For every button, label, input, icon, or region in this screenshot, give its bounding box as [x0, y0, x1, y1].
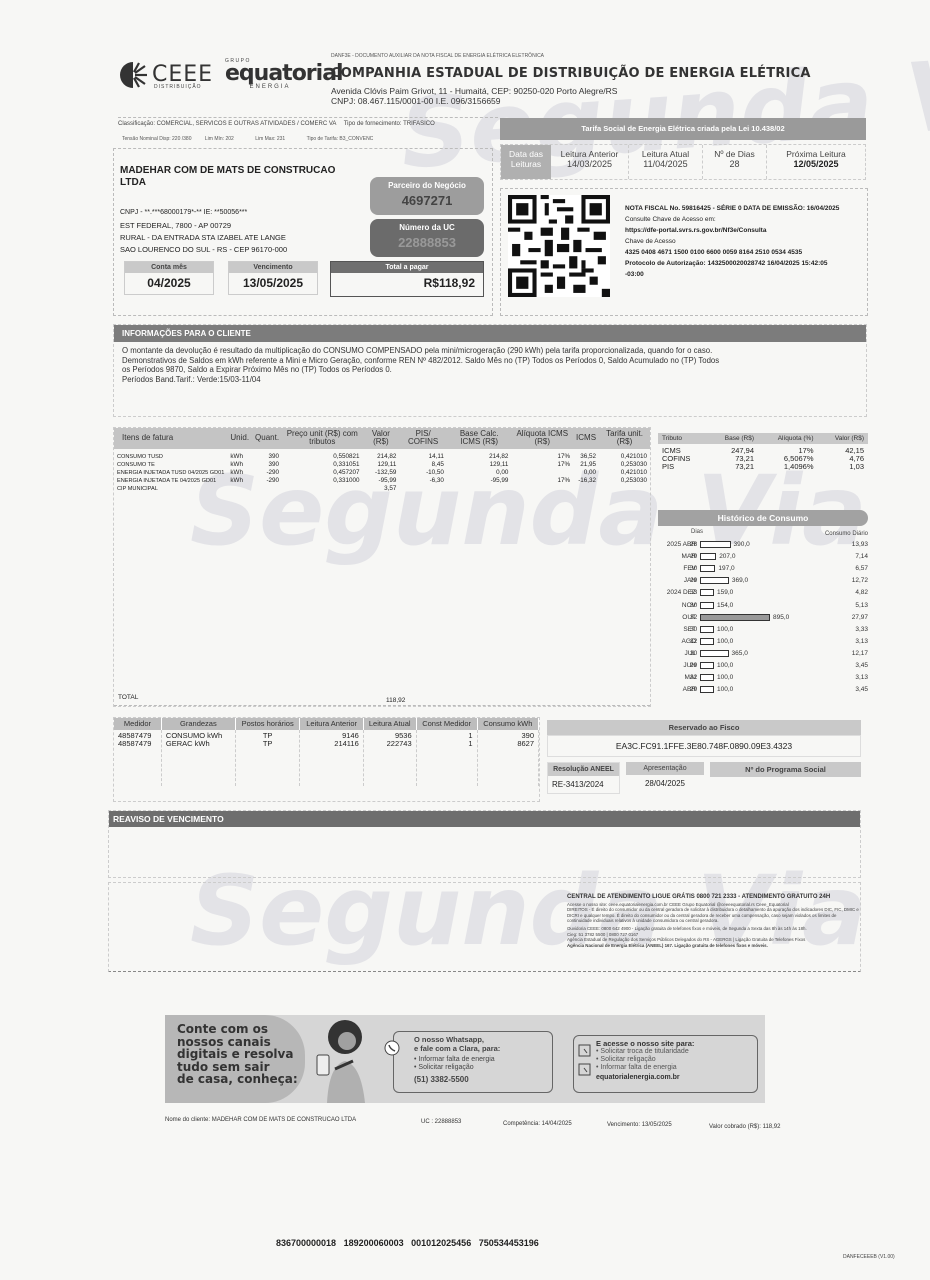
medidor-table: MedidorGrandezasPostos horáriosLeitura A… — [114, 718, 539, 786]
tensao: Tensão Nominal Disp: 220 /380 — [122, 136, 192, 142]
items-row: CIP MUNICIPAL3,57 — [114, 485, 650, 493]
historico-dias: 29 — [690, 576, 697, 585]
items-cell — [252, 485, 282, 493]
items-header-9: Tarifa unit. (R$) — [599, 428, 650, 449]
central-line-6: Agência Nacional de Energia Elétrica (AN… — [567, 943, 859, 949]
banner-headline: Conte com osnossos canaisdigitais e reso… — [165, 1015, 305, 1103]
whatsapp-box: O nosso Whatsapp, e fale com a Clara, pa… — [393, 1031, 553, 1093]
total-label: Total a pagar — [331, 262, 483, 273]
items-cell — [227, 485, 252, 493]
nota-fiscal-title: NOTA FISCAL No. 59816425 - SÉRIE 0 DATA … — [625, 203, 839, 214]
historico-bar — [700, 662, 714, 669]
resolucao-value: RE-3413/2024 — [548, 776, 619, 793]
items-cell: -95,99 — [362, 477, 399, 485]
items-cell: 0,421010 — [599, 469, 650, 477]
historico-bar — [700, 553, 716, 560]
historico-dias: 29 — [690, 552, 697, 561]
whatsapp-item: • Solicitar religação — [414, 1064, 552, 1072]
items-cell: kWh — [227, 449, 252, 461]
proxima-leitura-label: Próxima Leitura — [767, 149, 865, 159]
ceee-logo: CEEE DISTRIBUIÇÃO — [118, 60, 206, 90]
info-cliente-section: INFORMAÇÕES PARA O CLIENTE O montante da… — [113, 324, 867, 417]
whatsapp-title-1: O nosso Whatsapp, — [414, 1035, 552, 1044]
historico-bar — [700, 650, 729, 657]
tipo-fornecimento: Tipo de fornecimento: TRIFASICO — [344, 121, 435, 127]
historico-row: MAI32100,03,13 — [658, 673, 868, 682]
conta-mes-label: Conta mês — [125, 262, 213, 273]
historico-diario: 6,57 — [855, 564, 868, 573]
stub-vencimento: Vencimento: 13/05/2025 — [607, 1122, 672, 1128]
computer-touch-icon — [578, 1044, 592, 1080]
medidor-header-6: Consumo kWh — [477, 718, 538, 730]
historico-bar — [700, 565, 715, 572]
parceiro-box: Parceiro do Negócio 4697271 — [370, 177, 484, 215]
site-box: E acesse o nosso site para: • Solicitar … — [573, 1035, 758, 1093]
historico-row: SET30100,03,33 — [658, 625, 868, 634]
historico-kwh: 207,0 — [719, 552, 735, 561]
items-cell: -16,32 — [573, 477, 599, 485]
apresentacao-box: Apresentação 28/04/2025 — [626, 762, 704, 794]
classificacao: Classificação: COMERCIAL, SERVICOS E OUT… — [118, 121, 336, 127]
reaviso-title: REAVISO DE VENCIMENTO — [109, 811, 860, 827]
tributo-header-0: Tributo — [658, 433, 707, 444]
historico-kwh: 100,0 — [717, 673, 733, 682]
classification-row: Classificação: COMERCIAL, SERVICOS E OUT… — [118, 117, 498, 127]
medidor-header-4: Leitura Atual — [363, 718, 416, 730]
items-header-4: Valor (R$) — [362, 428, 399, 449]
medidor-value: 222743 — [368, 740, 412, 748]
items-row: CONSUMO TUSDkWh3900,550821214,8214,11214… — [114, 449, 650, 461]
items-cell: 17% — [511, 449, 573, 461]
leituras-row: Data das Leituras Leitura Anterior 14/03… — [500, 144, 866, 180]
apresentacao-value: 28/04/2025 — [626, 775, 704, 792]
tributo-header-2: Alíquota (%) — [758, 433, 817, 444]
items-cell: 214,82 — [447, 449, 512, 461]
historico-dias: 30 — [690, 625, 697, 634]
historico-section: Histórico de Consumo Dias Consumo Diário… — [658, 510, 868, 705]
clara-illustration-icon — [315, 1017, 375, 1103]
historico-row: 2025 ABR28390,013,93 — [658, 540, 868, 549]
historico-dias: 29 — [690, 685, 697, 694]
proxima-leitura: Próxima Leitura 12/05/2025 — [767, 145, 865, 179]
tributos-table: TributoBase (R$)Alíquota (%)Valor (R$) I… — [658, 433, 868, 471]
historico-diario: 4,82 — [855, 588, 868, 597]
historico-kwh: 100,0 — [717, 685, 733, 694]
medidor-cell: 3908627 — [477, 730, 538, 786]
items-header-3: Preço unit (R$) com tributos — [282, 428, 362, 449]
items-cell: 0,331051 — [282, 461, 362, 469]
fisco-bottom-row: Resolução ANEEL RE-3413/2024 Apresentaçã… — [547, 762, 861, 794]
historico-row: NOV30154,05,13 — [658, 601, 868, 610]
fisco-title: Reservado ao Fisco — [547, 720, 861, 735]
items-cell: CIP MUNICIPAL — [114, 485, 227, 493]
items-cell: 0,331000 — [282, 477, 362, 485]
consulte-label: Consulte Chave de Acesso em: — [625, 214, 839, 225]
chave-label: Chave de Acesso — [625, 236, 839, 247]
historico-bar — [700, 541, 731, 548]
leitura-anterior-value: 14/03/2025 — [551, 159, 628, 169]
items-header-8: ICMS — [573, 428, 599, 449]
programa-social-box: Nº do Programa Social — [710, 762, 861, 794]
items-cell: CONSUMO TE — [114, 461, 227, 469]
historico-row: OUT32895,027,97 — [658, 613, 868, 622]
central-line-2: DIREITOS - É direito do consumidor ou da… — [567, 907, 859, 924]
historico-row: ABR29100,03,45 — [658, 685, 868, 694]
banner-headline-line: digitais e resolva — [177, 1048, 305, 1061]
historico-dias: 33 — [690, 588, 697, 597]
items-cell: 129,11 — [447, 461, 512, 469]
site-item: • Solicitar religação — [596, 1056, 757, 1064]
vencimento-box: Vencimento 13/05/2025 — [228, 261, 318, 295]
parceiro-value: 4697271 — [370, 193, 484, 208]
items-cell: ENERGIA INJETADA TUSD 04/2025 GD01 — [114, 469, 227, 477]
items-table: Itens de faturaUnid.Quant.Preço unit (R$… — [114, 428, 650, 493]
items-cell — [399, 485, 447, 493]
historico-bar — [700, 626, 714, 633]
nota-fiscal-info: NOTA FISCAL No. 59816425 - SÉRIE 0 DATA … — [625, 203, 839, 280]
items-total-row: TOTAL 118,92 — [114, 694, 650, 706]
version-label: DANFECEEEB (V1.00) — [843, 1254, 895, 1260]
total-row-value: 118,92 — [386, 697, 405, 704]
historico-diario: 3,13 — [855, 637, 868, 646]
items-header-7: Alíquota ICMS (R$) — [511, 428, 573, 449]
items-cell: 36,52 — [573, 449, 599, 461]
total-box: Total a pagar R$118,92 — [330, 261, 484, 297]
medidor-cell: 9536222743 — [363, 730, 416, 786]
medidor-header-0: Medidor — [114, 718, 161, 730]
items-cell: 214,82 — [362, 449, 399, 461]
site-item: • Solicitar troca de titularidade — [596, 1048, 757, 1056]
equatorial-wordmark: equatorial — [225, 64, 315, 84]
historico-dias: 30 — [690, 649, 697, 658]
tributo-header-3: Valor (R$) — [818, 433, 869, 444]
total-value: R$118,92 — [331, 276, 483, 290]
leitura-anterior-label: Leitura Anterior — [551, 149, 628, 159]
customer-address-2: RURAL - DA ENTRADA STA IZABEL ATE LANGE — [120, 233, 286, 242]
items-cell: 21,95 — [573, 461, 599, 469]
items-cell: 0,421010 — [599, 449, 650, 461]
items-row: ENERGIA INJETADA TUSD 04/2025 GD01kWh-29… — [114, 469, 650, 477]
historico-kwh: 159,0 — [717, 588, 733, 597]
items-cell: kWh — [227, 477, 252, 485]
company-address: Avenida Clóvis Paim Grivot, 11 - Humaitá… — [331, 86, 617, 96]
items-cell — [447, 485, 512, 493]
historico-bar — [700, 589, 714, 596]
medidor-cell: TPTP — [235, 730, 300, 786]
items-header-1: Unid. — [227, 428, 252, 449]
items-cell: 0,550821 — [282, 449, 362, 461]
historico-bar — [700, 614, 770, 621]
programa-social-value — [710, 777, 861, 785]
historico-dias: 32 — [690, 613, 697, 622]
ceee-sun-icon — [118, 60, 148, 90]
items-row: CONSUMO TEkWh3900,331051129,118,45129,11… — [114, 461, 650, 469]
items-cell: 8,45 — [399, 461, 447, 469]
leituras-label: Data das Leituras — [501, 145, 551, 179]
items-cell — [573, 485, 599, 493]
customer-cnpj: CNPJ - **.***68000179*-** IE: **50056*** — [120, 209, 247, 216]
central-title: CENTRAL DE ATENDIMENTO LIGUE GRÁTIS 0800… — [567, 895, 859, 901]
medidor-header-5: Const Medidor — [416, 718, 477, 730]
protocolo-tz: -03:00 — [625, 269, 839, 280]
tarifa-social-banner: Tarifa Social de Energia Elétrica criada… — [500, 118, 866, 140]
historico-diario: 3,45 — [855, 661, 868, 670]
items-cell: kWh — [227, 469, 252, 477]
historico-kwh: 100,0 — [717, 637, 733, 646]
historico-bar — [700, 686, 714, 693]
medidor-cell: 11 — [416, 730, 477, 786]
items-cell: ENERGIA INJETADA TE 04/2025 GD01 — [114, 477, 227, 485]
items-cell — [511, 469, 573, 477]
historico-bar — [700, 602, 714, 609]
historico-title: Histórico de Consumo — [658, 510, 868, 526]
medidor-value: 8627 — [482, 740, 534, 748]
uc-label: Número da UC — [370, 223, 484, 232]
digital-channels-banner: Conte com osnossos canaisdigitais e reso… — [165, 1015, 765, 1103]
site-title: E acesse o nosso site para: — [596, 1039, 757, 1048]
items-cell: -290 — [252, 477, 282, 485]
medidor-value: 1 — [421, 732, 473, 740]
historico-kwh: 895,0 — [773, 613, 789, 622]
items-cell: CONSUMO TUSD — [114, 449, 227, 461]
historico-row: AGO32100,03,13 — [658, 637, 868, 646]
dias-label: Dias — [691, 529, 703, 535]
historico-dias: 30 — [690, 601, 697, 610]
items-cell: 3,57 — [362, 485, 399, 493]
historico-kwh: 100,0 — [717, 661, 733, 670]
items-cell: 14,11 — [399, 449, 447, 461]
items-header-5: PIS/ COFINS — [399, 428, 447, 449]
consulta-url[interactable]: https://dfe-portal.svrs.rs.gov.br/Nf3e/C… — [625, 225, 839, 236]
stub-competencia: Competência: 14/04/2025 — [503, 1121, 572, 1127]
medidor-value: GERAC kWh — [166, 740, 231, 748]
proxima-leitura-value: 12/05/2025 — [767, 159, 865, 169]
historico-diario: 3,13 — [855, 673, 868, 682]
leitura-atual: Leitura Atual 11/04/2025 — [629, 145, 703, 179]
items-header-6: Base Calc. ICMS (R$) — [447, 428, 512, 449]
tensao-row: Tensão Nominal Disp: 220 /380 Lim Mín: 2… — [122, 136, 502, 142]
items-cell: kWh — [227, 461, 252, 469]
items-cell: 0,253030 — [599, 461, 650, 469]
tributo-cell: 73,21 — [707, 463, 758, 471]
stub-valor: Valor cobrado (R$): 118,92 — [709, 1124, 780, 1130]
items-cell: 17% — [511, 477, 573, 485]
medidor-cell: CONSUMO kWhGERAC kWh — [161, 730, 235, 786]
tributo-row: COFINS73,216,5067%4,76 — [658, 455, 868, 463]
uc-box: Número da UC 22888853 — [370, 219, 484, 257]
customer-address-3: SAO LOURENCO DO SUL - RS - CEP 96170-000 — [120, 245, 287, 254]
customer-name: MADEHAR COM DE MATS DE CONSTRUCAO LTDA — [120, 165, 360, 189]
whatsapp-item: • Informar falta de energia — [414, 1056, 552, 1064]
parceiro-label: Parceiro do Negócio — [370, 181, 484, 190]
items-cell: -6,30 — [399, 477, 447, 485]
company-name: COMPANHIA ESTADUAL DE DISTRIBUIÇÃO DE EN… — [331, 66, 811, 81]
medidor-header-2: Postos horários — [235, 718, 300, 730]
medidor-value: TP — [240, 740, 296, 748]
historico-diario: 12,72 — [852, 576, 868, 585]
programa-social-label: Nº do Programa Social — [710, 762, 861, 777]
customer-box: MADEHAR COM DE MATS DE CONSTRUCAO LTDA C… — [113, 148, 493, 316]
historico-bar — [700, 577, 729, 584]
items-cell: 129,11 — [362, 461, 399, 469]
items-cell — [599, 485, 650, 493]
historico-diario: 3,45 — [855, 685, 868, 694]
total-row-label: TOTAL — [118, 694, 138, 701]
items-row: ENERGIA INJETADA TE 04/2025 GD01kWh-2900… — [114, 477, 650, 485]
info-cliente-title: INFORMAÇÕES PARA O CLIENTE — [114, 325, 866, 342]
historico-row: JAN29369,012,72 — [658, 576, 868, 585]
lim-max: Lim Max: 231 — [255, 136, 285, 142]
lim-min: Lim Mín: 202 — [205, 136, 234, 142]
medidor-cell: 9146214116 — [300, 730, 363, 786]
banner-headline-line: de casa, conheça: — [177, 1073, 305, 1086]
tributo-cell: 1,03 — [818, 463, 869, 471]
nota-fiscal-box: NOTA FISCAL No. 59816425 - SÉRIE 0 DATA … — [500, 188, 868, 316]
historico-dias: 32 — [690, 637, 697, 646]
danfe-label: DANF3E - DOCUMENTO AUXILIAR DA NOTA FISC… — [331, 53, 544, 59]
historico-dias: 28 — [690, 540, 697, 549]
medidor-value: 48587479 — [118, 740, 157, 748]
historico-bar — [700, 638, 714, 645]
historico-kwh: 154,0 — [717, 601, 733, 610]
conta-mes-box: Conta mês 04/2025 — [124, 261, 214, 295]
historico-diario: 5,13 — [855, 601, 868, 610]
central-section: CENTRAL DE ATENDIMENTO LIGUE GRÁTIS 0800… — [108, 882, 861, 972]
vencimento-label: Vencimento — [229, 262, 317, 273]
fisco-section: Reservado ao Fisco EA3C.FC91.1FFE.3E80.7… — [547, 720, 861, 794]
ceee-sub: DISTRIBUIÇÃO — [154, 84, 202, 90]
items-cell: 0,00 — [573, 469, 599, 477]
historico-kwh: 369,0 — [732, 576, 748, 585]
chave-acesso: 4325 0408 4671 1500 0100 6600 0059 8164 … — [625, 247, 839, 258]
historico-diario: 27,97 — [852, 613, 868, 622]
historico-diario: 12,17 — [852, 649, 868, 658]
info-line-1: O montante da devolução é resultado da m… — [122, 346, 858, 356]
tipo-tarifa: Tipo de Tarifa: B3_CONVENC — [307, 136, 374, 142]
info-cliente-text: O montante da devolução é resultado da m… — [114, 342, 866, 388]
resolucao-box: Resolução ANEEL RE-3413/2024 — [547, 762, 620, 794]
stub-uc: UC : 22888853 — [421, 1119, 461, 1125]
historico-kwh: 197,0 — [718, 564, 734, 573]
items-cell: -132,59 — [362, 469, 399, 477]
stub-cliente: Nome do cliente: MADEHAR COM DE MATS DE … — [165, 1117, 356, 1123]
whatsapp-icon — [384, 1040, 400, 1056]
customer-address-1: EST FEDERAL, 7800 - AP 00729 — [120, 221, 231, 230]
consumo-diario-label: Consumo Diário — [825, 531, 868, 537]
items-cell: -290 — [252, 469, 282, 477]
tributo-row: PIS73,211,4096%1,03 — [658, 463, 868, 471]
leitura-atual-label: Leitura Atual — [629, 149, 702, 159]
items-cell: 17% — [511, 461, 573, 469]
historico-diario: 7,14 — [855, 552, 868, 561]
info-line-2: Demonstrativos de Saldos em kWh referent… — [122, 356, 858, 366]
info-line-4: Períodos Band.Tarif.: Verde:15/03-11/04 — [122, 375, 858, 385]
items-cell: 0,457207 — [282, 469, 362, 477]
medidor-value: 1 — [421, 740, 473, 748]
historico-row: 2024 DEZ33159,04,82 — [658, 588, 868, 597]
conta-mes-value: 04/2025 — [125, 276, 213, 290]
tributo-cell: PIS — [658, 463, 707, 471]
medidor-value: 214116 — [304, 740, 358, 748]
equatorial-logo: GRUPO equatorial ENERGIA — [225, 58, 315, 96]
historico-bar — [700, 674, 714, 681]
medidor-cell: 4858747948587479 — [114, 730, 161, 786]
items-cell: 390 — [252, 449, 282, 461]
fisco-value: EA3C.FC91.1FFE.3E80.748F.0890.09E3.4323 — [547, 735, 861, 757]
items-cell: 0,253030 — [599, 477, 650, 485]
items-cell: 390 — [252, 461, 282, 469]
historico-diario: 3,33 — [855, 625, 868, 634]
medidor-header-1: Grandezas — [161, 718, 235, 730]
qr-code-icon[interactable] — [508, 195, 610, 297]
historico-kwh: 100,0 — [717, 625, 733, 634]
protocolo: Protocolo de Autorização: 14325000200287… — [625, 258, 839, 269]
numero-dias-value: 28 — [703, 159, 766, 169]
numero-dias-label: Nº de Dias — [703, 149, 766, 159]
info-line-3: os Períodos 9870, Saldo a Expirar Próxim… — [122, 365, 858, 375]
items-cell — [282, 485, 362, 493]
apresentacao-label: Apresentação — [626, 762, 704, 775]
items-header-0: Itens de fatura — [114, 428, 227, 449]
site-item: • Informar falta de energia — [596, 1064, 757, 1072]
items-cell: -10,50 — [399, 469, 447, 477]
site-url[interactable]: equatorialenergia.com.br — [596, 1074, 757, 1081]
historico-row: MAR29207,07,14 — [658, 552, 868, 561]
reaviso-section: REAVISO DE VENCIMENTO — [108, 810, 861, 878]
central-info: CENTRAL DE ATENDIMENTO LIGUE GRÁTIS 0800… — [567, 895, 859, 948]
historico-dias: 30 — [690, 564, 697, 573]
leitura-atual-value: 11/04/2025 — [629, 159, 702, 169]
historico-diario: 13,93 — [852, 540, 868, 549]
tributo-header-1: Base (R$) — [707, 433, 758, 444]
leitura-anterior: Leitura Anterior 14/03/2025 — [551, 145, 629, 179]
items-cell: 0,00 — [447, 469, 512, 477]
historico-dias: 29 — [690, 661, 697, 670]
medidor-section: MedidorGrandezasPostos horáriosLeitura A… — [113, 717, 540, 802]
barcode-digits: 836700000018 189200060003 001012025456 7… — [276, 1238, 539, 1248]
numero-dias: Nº de Dias 28 — [703, 145, 767, 179]
tributo-cell: 1,4096% — [758, 463, 817, 471]
medidor-header-3: Leitura Anterior — [300, 718, 363, 730]
items-cell: -95,99 — [447, 477, 512, 485]
historico-kwh: 365,0 — [732, 649, 748, 658]
banner-headline-line: Conte com os — [177, 1023, 305, 1036]
items-section: Itens de faturaUnid.Quant.Preço unit (R$… — [113, 427, 651, 707]
historico-row: JUN29100,03,45 — [658, 661, 868, 670]
historico-kwh: 390,0 — [734, 540, 750, 549]
whatsapp-title-2: e fale com a Clara, para: — [414, 1044, 552, 1053]
whatsapp-phone[interactable]: (51) 3382-5500 — [414, 1075, 552, 1084]
company-cnpj: CNPJ: 08.467.115/0001-00 I.E. 096/315665… — [331, 96, 501, 106]
tributos-section: TributoBase (R$)Alíquota (%)Valor (R$) I… — [658, 433, 868, 471]
vencimento-value: 13/05/2025 — [229, 276, 317, 290]
historico-row: FEV30197,06,57 — [658, 564, 868, 573]
items-header-2: Quant. — [252, 428, 282, 449]
historico-dias: 32 — [690, 673, 697, 682]
items-cell — [511, 485, 573, 493]
resolucao-label: Resolução ANEEL — [548, 763, 619, 776]
historico-row: JUL30365,012,17 — [658, 649, 868, 658]
uc-value: 22888853 — [370, 235, 484, 250]
